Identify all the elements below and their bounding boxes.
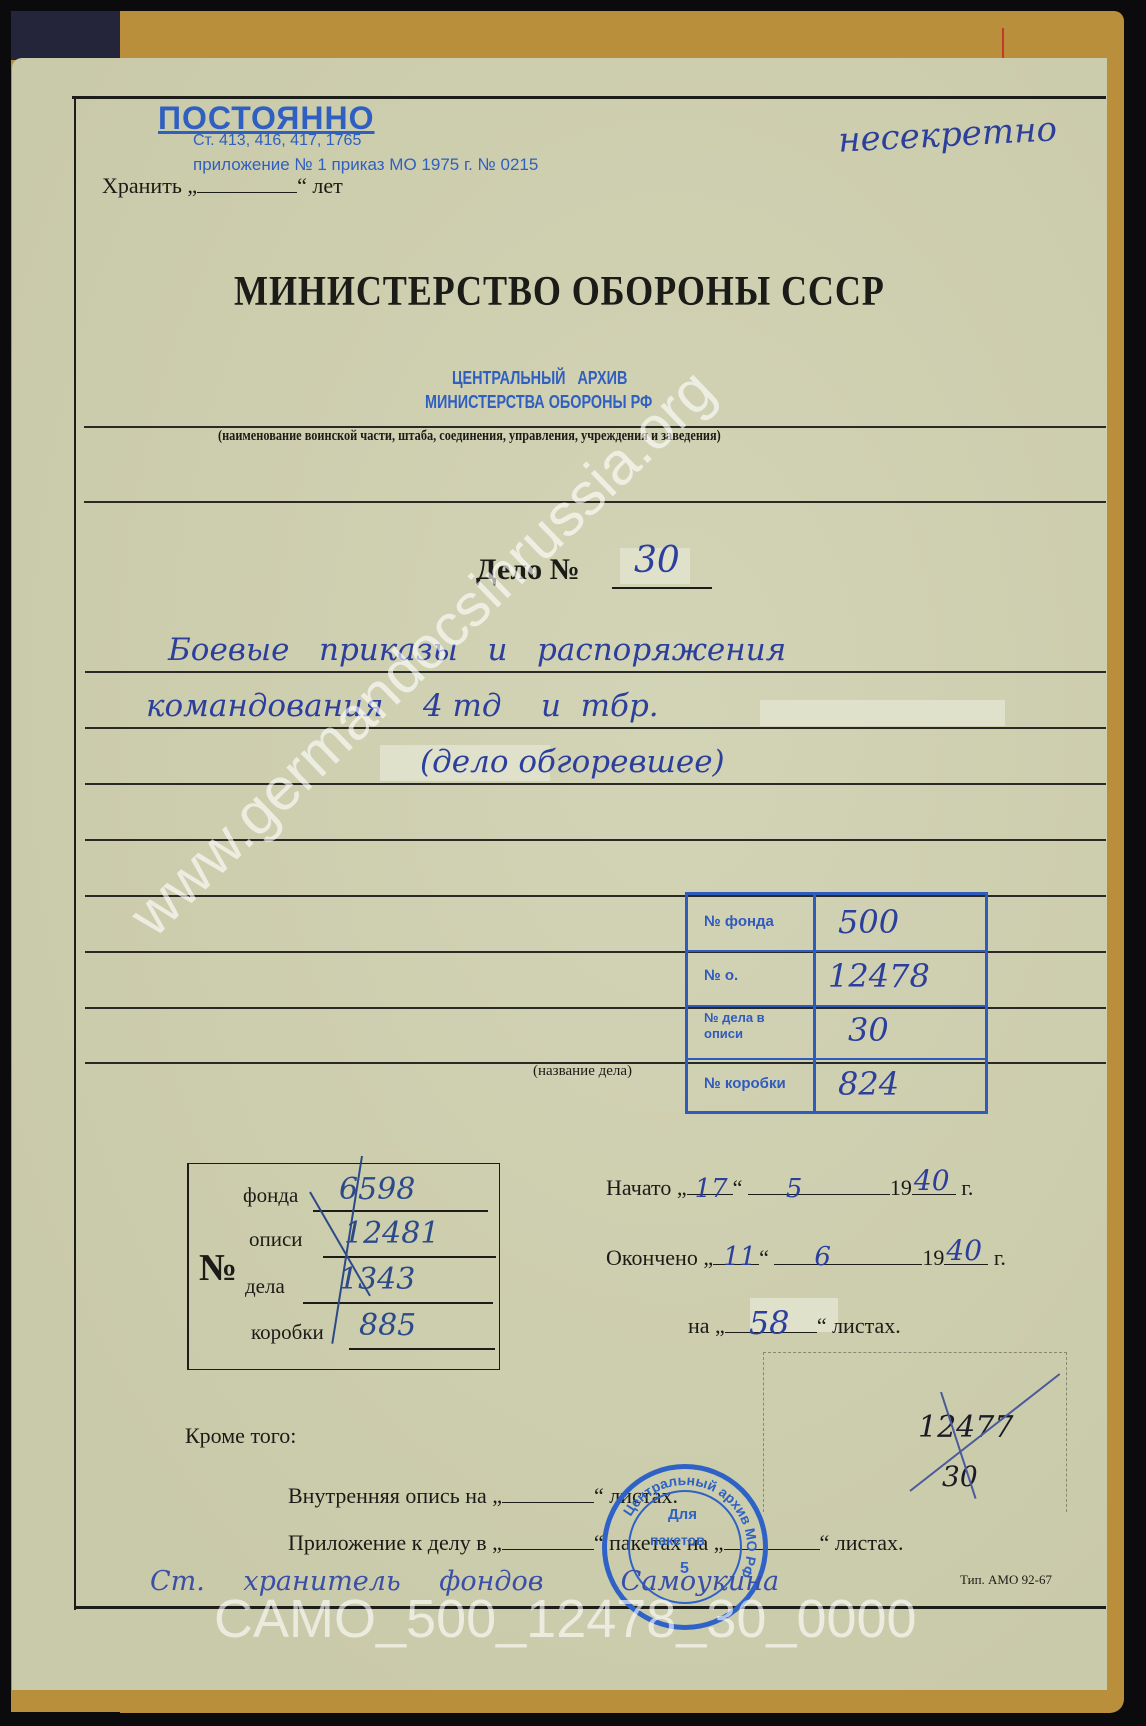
end-day: 11 xyxy=(723,1242,756,1272)
old-case-value: 1343 xyxy=(339,1262,415,1297)
stamp-box-label: № коробки xyxy=(704,1075,786,1092)
redaction-patch xyxy=(760,700,1005,726)
stamp-case-label: № дела в описи xyxy=(704,1010,804,1042)
besides-label: Кроме того: xyxy=(185,1423,296,1449)
old-fund-value: 6598 xyxy=(339,1172,415,1207)
stamp-inventory-value: 12478 xyxy=(828,957,930,995)
end-month: 6 xyxy=(814,1242,831,1272)
title-line-1 xyxy=(85,671,1106,673)
end-label: Окончено xyxy=(606,1245,698,1270)
round-stamp-top: Для xyxy=(668,1506,697,1523)
round-stamp-mid: пакетов xyxy=(650,1532,705,1548)
case-title-caption: (название дела) xyxy=(533,1063,632,1080)
number-sign: № xyxy=(199,1246,237,1290)
left-rule xyxy=(74,96,76,1610)
retention-order: приложение № 1 приказ МО 1975 г. № 0215 xyxy=(193,155,538,175)
start-year: 40 xyxy=(914,1164,950,1197)
old-inventory-label: описи xyxy=(249,1227,303,1252)
keep-label: Хранить xyxy=(102,173,182,198)
filename-watermark: CAMO_500_12478_30_0000 xyxy=(214,1588,917,1650)
keep-suffix: лет xyxy=(312,173,342,198)
start-month: 5 xyxy=(786,1174,803,1204)
old-numbers-box: № фонда 6598 описи 12481 дела 1343 короб… xyxy=(187,1163,500,1370)
sheets-suffix: листах. xyxy=(832,1313,901,1338)
archive-stamp-line1: ЦЕНТРАЛЬНЫЙ АРХИВ xyxy=(452,368,627,389)
svg-text:Центральный архив МО РФ: Центральный архив МО РФ xyxy=(620,1472,760,1581)
sheets-prefix: на xyxy=(688,1313,710,1338)
case-number: 30 xyxy=(634,540,680,581)
stamp-inventory-label: № о. xyxy=(704,967,738,984)
ministry-title: МИНИСТЕРСТВО ОБОРОНЫ СССР xyxy=(234,268,885,316)
old-inventory-value: 12481 xyxy=(344,1216,439,1251)
printer-mark: Тип. АМО 92-67 xyxy=(960,1572,1052,1588)
attachment-row: Приложение к делу в „“ пакетах на „“ лис… xyxy=(288,1530,903,1556)
old-fund-label: фонда xyxy=(243,1183,298,1208)
start-date-row: Начато „17“ 51940 г. xyxy=(606,1175,973,1201)
stamp-divider xyxy=(813,895,816,1111)
top-rule xyxy=(72,96,1106,99)
old-case-label: дела xyxy=(245,1274,285,1299)
end-date-row: Окончено „11“ 61940 г. xyxy=(606,1245,1006,1271)
start-label: Начато xyxy=(606,1175,671,1200)
stamp-fund-value: 500 xyxy=(838,903,899,941)
corner-note-top: 12477 xyxy=(918,1410,1013,1445)
stamp-box-value: 824 xyxy=(838,1065,899,1103)
sheets-row: на „58“ листах. xyxy=(688,1313,901,1339)
stamp-case-value: 30 xyxy=(848,1011,889,1049)
old-box-label: коробки xyxy=(251,1320,324,1345)
old-box-value: 885 xyxy=(359,1308,416,1343)
title-line-2 xyxy=(85,727,1106,729)
keep-field: Хранить „“ лет xyxy=(102,173,343,199)
end-year: 40 xyxy=(946,1234,982,1267)
archive-ref-stamp: № фонда 500 № о. 12478 № дела в описи 30… xyxy=(685,892,988,1114)
start-day: 17 xyxy=(695,1174,728,1204)
sheets-count: 58 xyxy=(749,1304,790,1342)
archive-stamp-line2: МИНИСТЕРСТВА ОБОРОНЫ РФ xyxy=(425,392,652,413)
case-title-line-3: (дело обгоревшее) xyxy=(420,744,725,780)
case-number-blank xyxy=(612,587,712,589)
retention-articles: Ст. 413, 416, 417, 1765 xyxy=(193,132,361,150)
stamp-fund-label: № фонда xyxy=(704,913,774,930)
